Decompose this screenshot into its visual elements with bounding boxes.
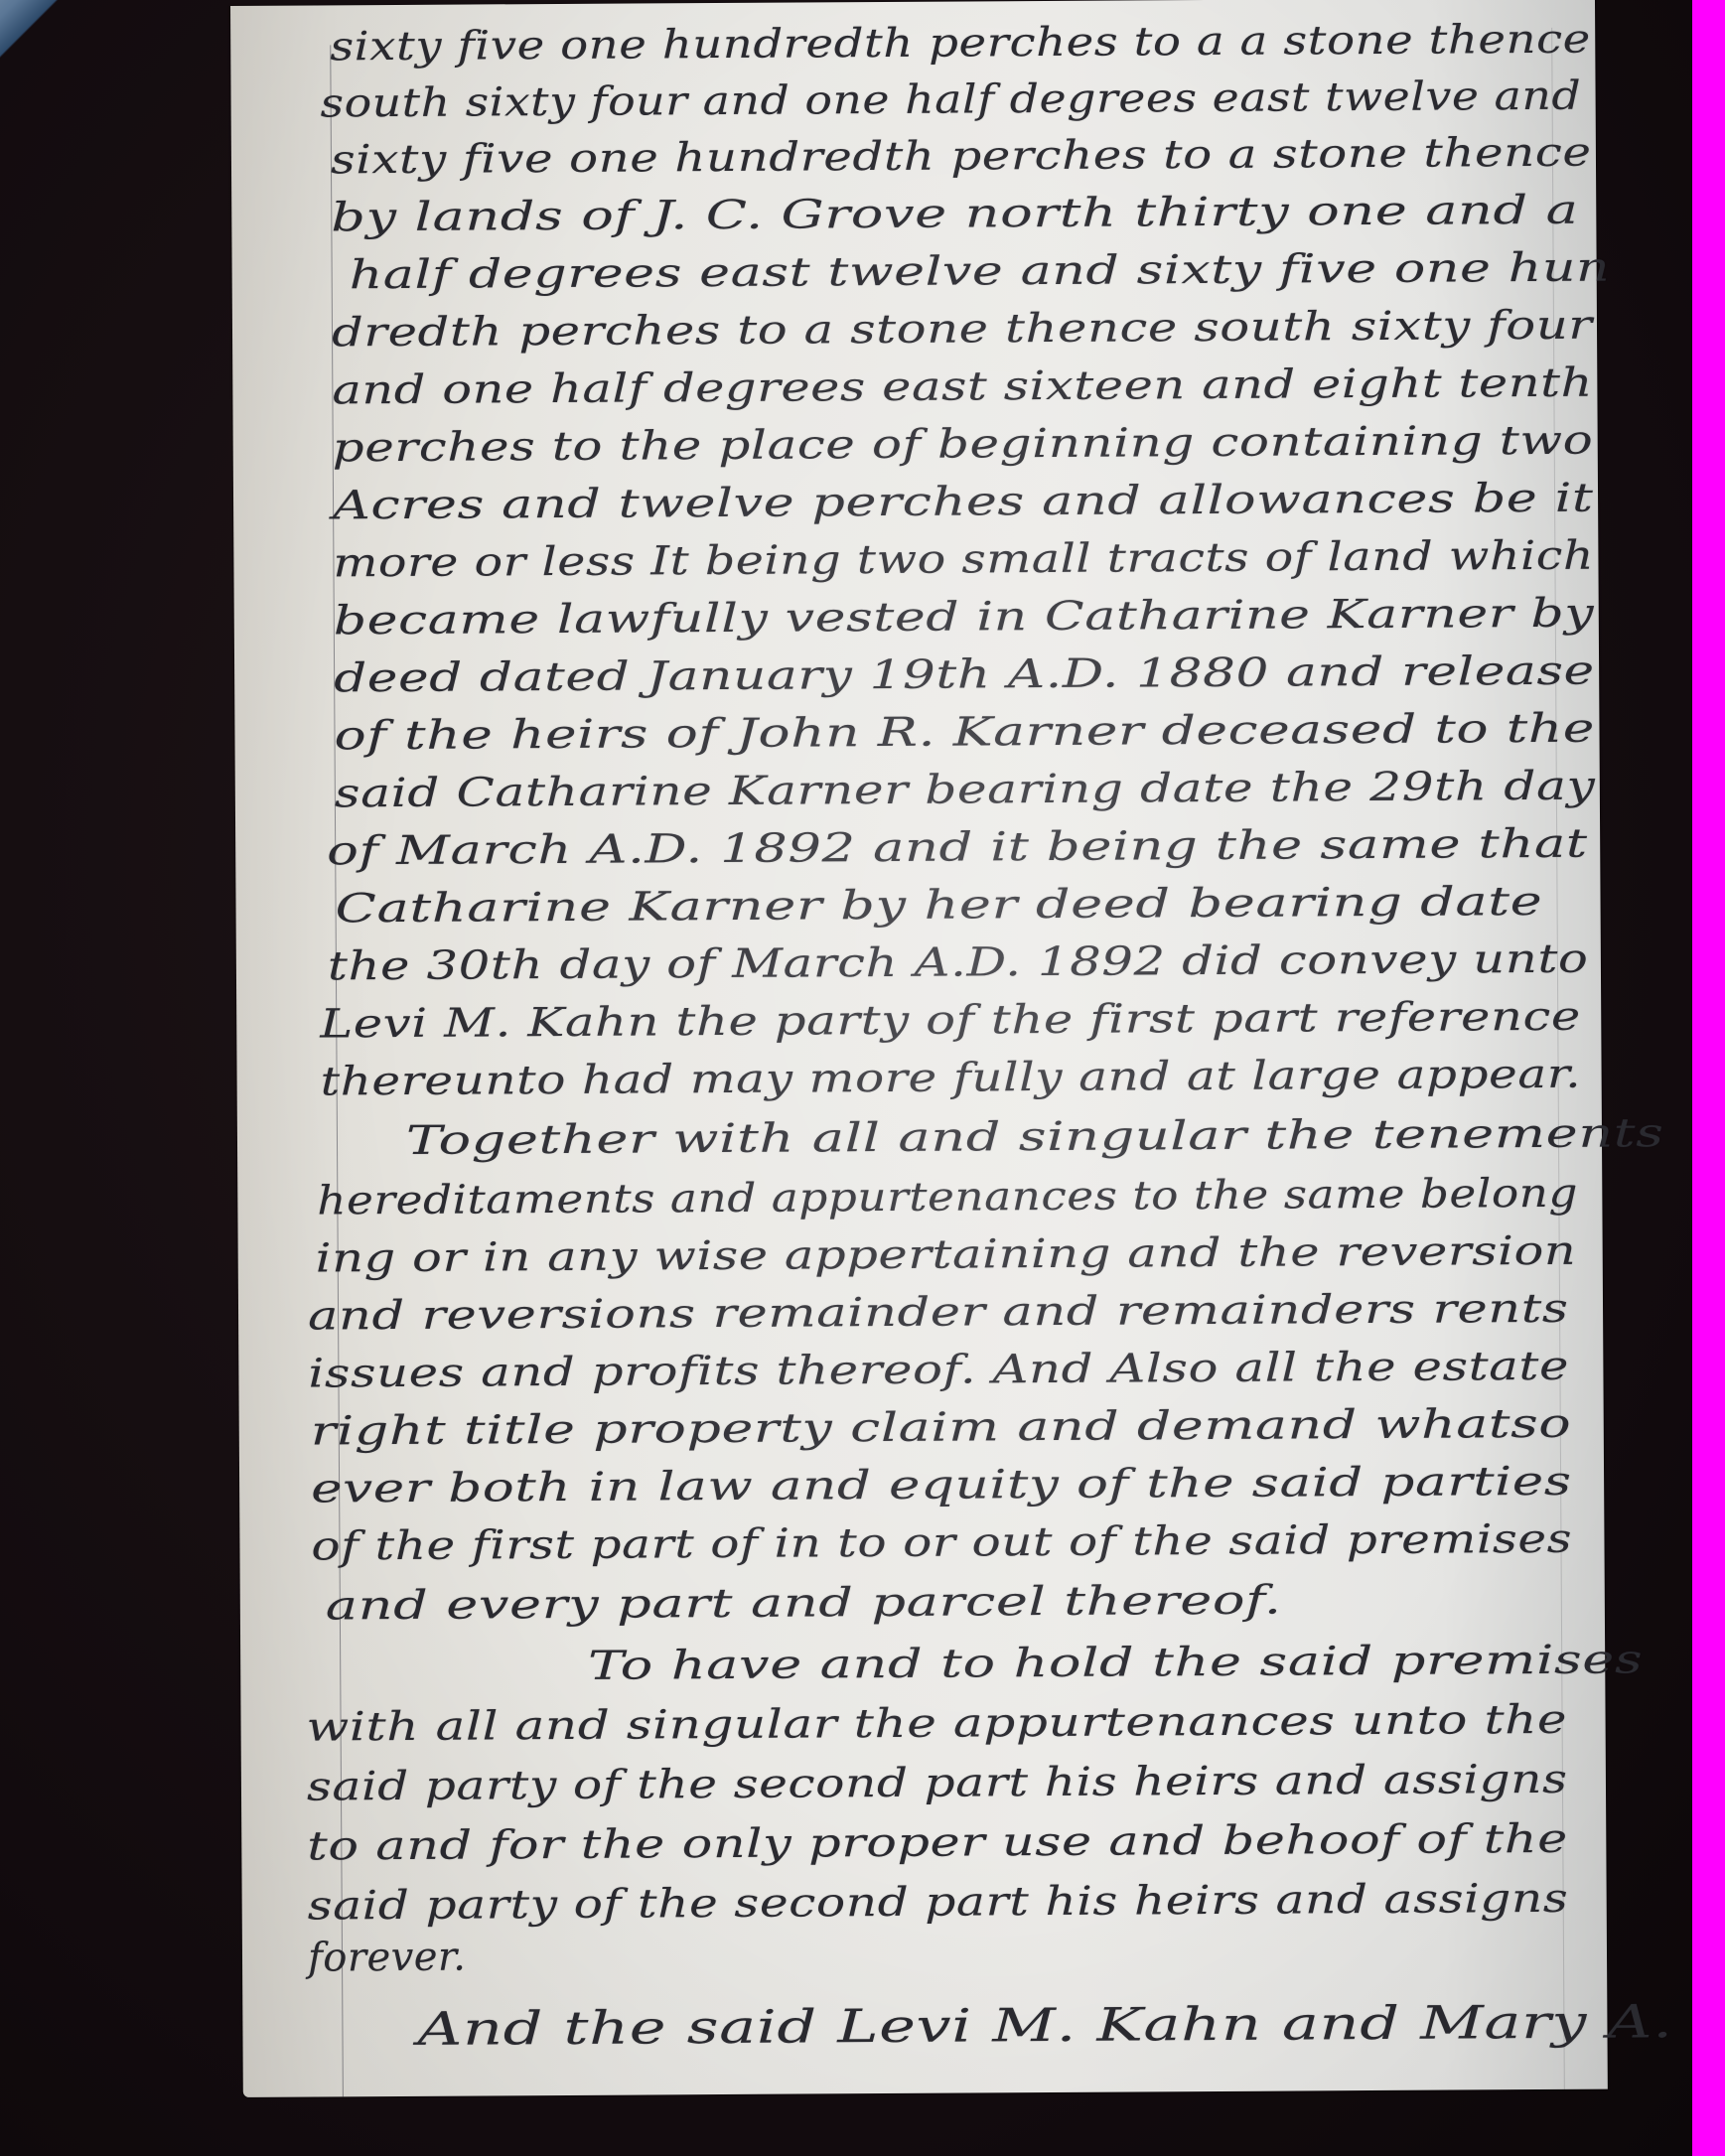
text-line: the 30th day of March A.D. 1892 did conv… [328,932,1609,995]
text-line: with all and singular the appurtenances … [306,1692,1587,1756]
text-line: Levi M. Kahn the party of the first part… [320,989,1601,1053]
text-line: and every part and parcel thereof. [326,1571,1607,1635]
text-line: deed dated January 19th A.D. 1880 and re… [334,643,1615,706]
text-line: thereunto had may more fully and at larg… [320,1047,1601,1110]
text-line: and reversions remainder and remainders … [308,1281,1589,1345]
handwritten-text-block: sixty five one hundredth perches to a a … [230,0,1608,2097]
text-line: Catharine Karner by her deed bearing dat… [335,873,1616,936]
text-line: and one half degrees east sixteen and ei… [332,356,1613,419]
text-line: forever. [308,1923,1589,1986]
text-line: more or less It being two small tracts o… [333,527,1614,591]
text-line: said party of the second part his heirs … [307,1752,1588,1815]
binder-corner [0,0,60,99]
text-line: right title property claim and demand wh… [311,1396,1592,1460]
text-line: of March A.D. 1892 and it being the same… [327,816,1608,880]
text-line: dredth perches to a stone thence south s… [332,298,1613,361]
paragraph-start-and-the-said: And the said Levi M. Kahn and Mary A. [308,1993,1698,2058]
text-line: issues and profits thereof. And Also all… [308,1339,1589,1402]
text-line: of the first part of in to or out of the… [311,1511,1592,1575]
text-line: ing or in any wise appertaining and the … [316,1223,1597,1287]
text-line: south sixty four and one half degrees ea… [320,69,1601,132]
deed-page: sixty five one hundredth perches to a a … [230,0,1608,2097]
text-line: ever both in law and equity of the said … [311,1454,1592,1517]
text-line: by lands of J. C. Grove north thirty one… [331,183,1612,246]
text-line: sixty five one hundredth perches to a st… [331,125,1612,189]
text-line: half degrees east twelve and sixty five … [349,239,1630,303]
text-line: sixty five one hundredth perches to a a … [330,12,1611,75]
text-line: said Catharine Karner bearing date the 2… [335,758,1616,821]
text-line: of the heirs of John R. Karner deceased … [334,700,1615,764]
text-line: became lawfully vested in Catharine Karn… [334,585,1615,648]
text-line: to and for the only proper use and behoo… [307,1811,1588,1875]
text-line: hereditaments and appurtenances to the s… [317,1166,1598,1229]
magenta-side-strip [1692,0,1725,2156]
paragraph-start-together: Together with all and singular the tenem… [337,1105,1687,1169]
text-line: Acres and twelve perches and allowances … [333,471,1614,534]
text-line: perches to the place of beginning contai… [333,413,1614,477]
paragraph-start-habendum: To have and to hold the said premises [300,1631,1725,1696]
